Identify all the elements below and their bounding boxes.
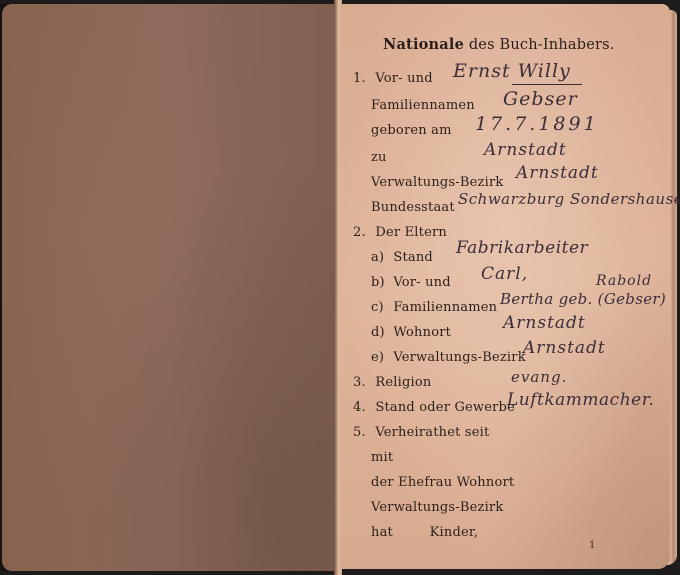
value-first-name: Ernst Willy: [453, 60, 571, 82]
value-parents-district: Arnstadt: [523, 338, 606, 358]
value-state: Schwarzburg Sondershausen: [458, 190, 680, 208]
field-first-name-label: 1. Vor- und: [353, 71, 433, 86]
value-correction: Rabold: [596, 273, 652, 289]
value-family-name: Gebser: [503, 88, 578, 110]
field-parents-family-label: c) Familiennamen: [371, 300, 497, 315]
value-religion: evang.: [511, 368, 567, 386]
field-place-label: zu: [371, 150, 387, 165]
field-married-label: 5. Verheirathet seit: [353, 425, 489, 440]
value-district: Arnstadt: [516, 163, 599, 183]
field-state-label: Bundesstaat: [371, 200, 455, 215]
page-title: Nationale des Buch-Inhabers.: [383, 36, 615, 53]
page-number: 1: [589, 540, 595, 551]
value-parents-family: Bertha geb. (Gebser): [500, 290, 666, 308]
underline-mark: [512, 84, 582, 85]
book-spread: Nationale des Buch-Inhabers. 1. Vor- und…: [0, 0, 680, 575]
value-place: Arnstadt: [484, 140, 567, 160]
field-wife-district-label: Verwaltungs-Bezirk: [371, 500, 503, 515]
field-parents-first-label: b) Vor- und: [371, 275, 451, 290]
title-bold: Nationale: [383, 36, 464, 53]
field-with-label: mit: [371, 450, 393, 465]
field-religion-label: 3. Religion: [353, 375, 431, 390]
field-wife-residence-label: der Ehefrau Wohnort: [371, 475, 514, 490]
field-children-label: hat Kinder,: [371, 525, 478, 540]
field-born-label: geboren am: [371, 123, 452, 138]
value-born: 17.7.1891: [475, 113, 599, 135]
value-parents-first: Carl,: [481, 264, 528, 284]
field-parents-district-label: e) Verwaltungs-Bezirk: [371, 350, 526, 365]
inside-cover-page: [2, 4, 338, 571]
value-parents-residence: Arnstadt: [503, 313, 586, 333]
field-family-name-label: Familiennamen: [371, 98, 475, 113]
value-occupation: Luftkammacher.: [507, 390, 654, 410]
field-parents-status-label: a) Stand: [371, 250, 433, 265]
field-parents-residence-label: d) Wohnort: [371, 325, 451, 340]
field-district-label: Verwaltungs-Bezirk: [371, 175, 503, 190]
field-occupation-label: 4. Stand oder Gewerbe: [353, 400, 515, 415]
field-parents-label: 2. Der Eltern: [353, 225, 447, 240]
value-parents-status: Fabrikarbeiter: [456, 238, 588, 258]
title-rest: des Buch-Inhabers.: [469, 37, 615, 53]
